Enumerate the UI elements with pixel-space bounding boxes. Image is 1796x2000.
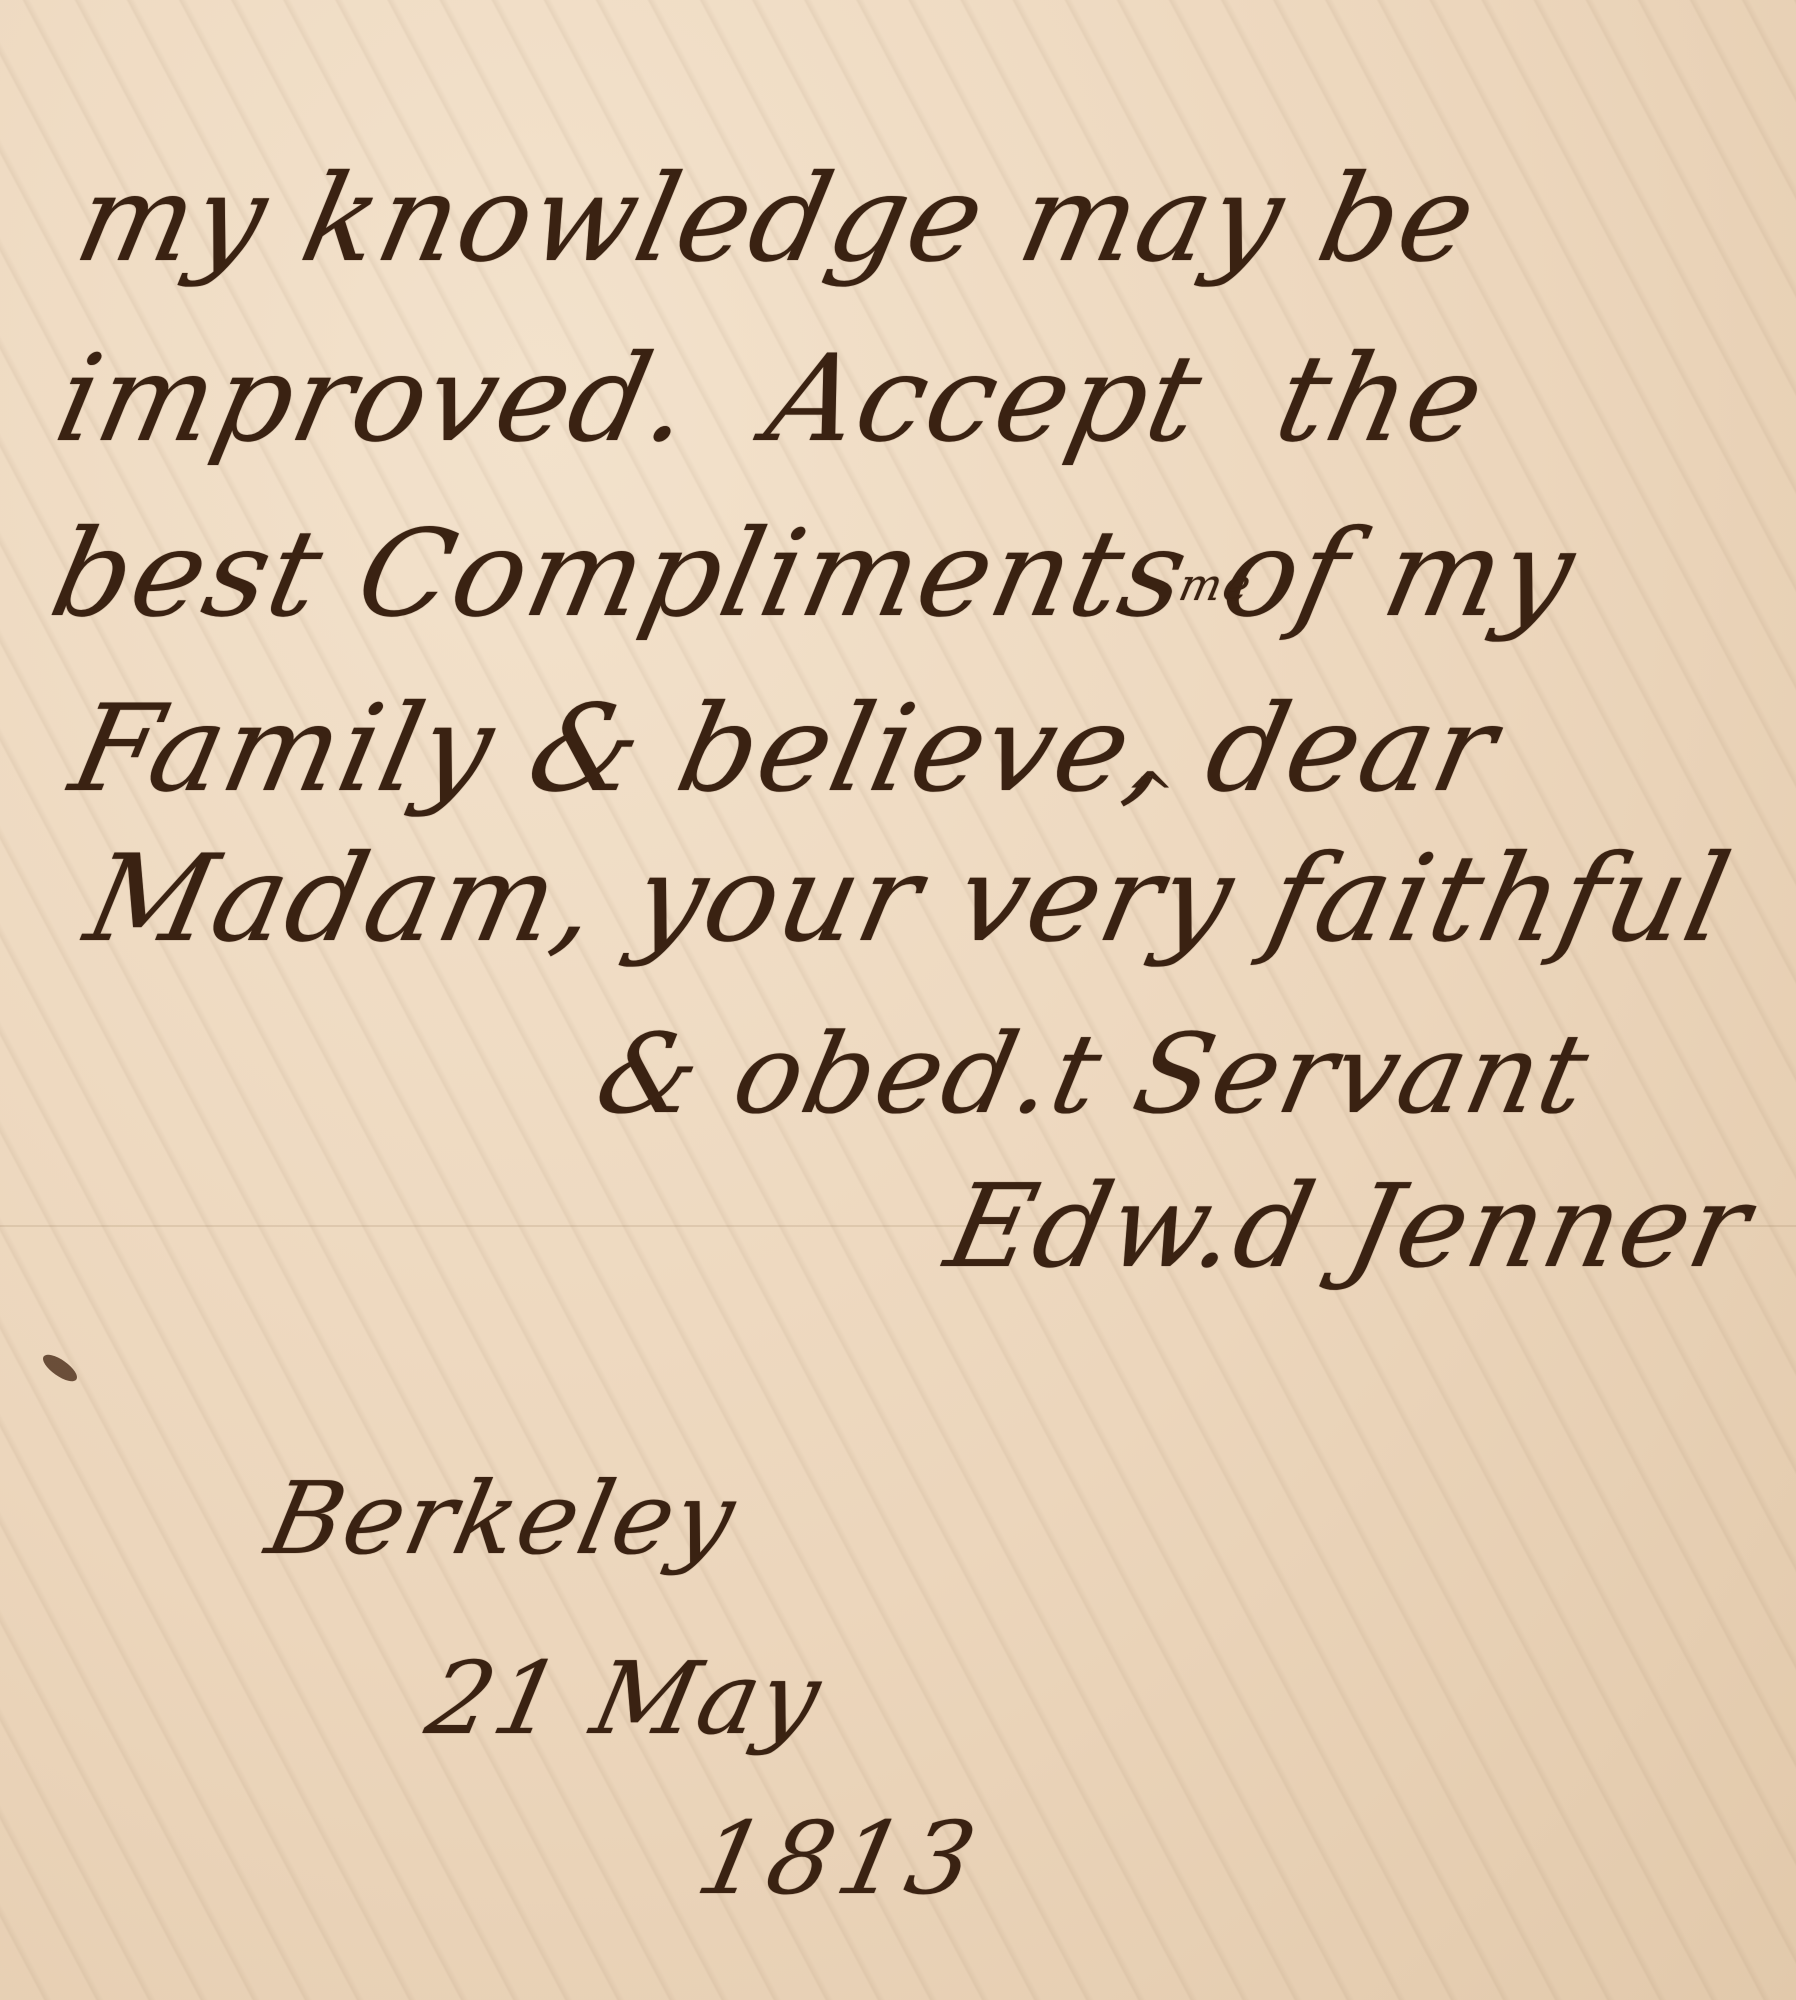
signature: Edw.d Jenner: [936, 1160, 1763, 1294]
letter-line-2: improved. Accept the: [45, 330, 1497, 469]
letter-page: my knowledge may be improved. Accept the…: [0, 0, 1796, 2000]
date-day-month: 21 May: [418, 1640, 832, 1757]
letter-line-3: best Compliments of my: [40, 505, 1587, 644]
letter-line-4: Family & believe, dear: [60, 680, 1509, 819]
letter-closing: & obed.t Servant: [586, 1010, 1600, 1138]
reverse-side-ink-bleed: [0, 0, 1796, 2000]
insertion-caret: ^: [1125, 760, 1177, 830]
date-year: 1813: [688, 1800, 991, 1917]
letter-line-1: my knowledge may be: [65, 150, 1489, 289]
letter-line-5: Madam, your very faithful: [75, 830, 1742, 969]
interlinear-insertion: me: [1175, 560, 1258, 611]
place-of-writing: Berkeley: [258, 1460, 747, 1577]
ink-blot: [39, 1350, 81, 1386]
